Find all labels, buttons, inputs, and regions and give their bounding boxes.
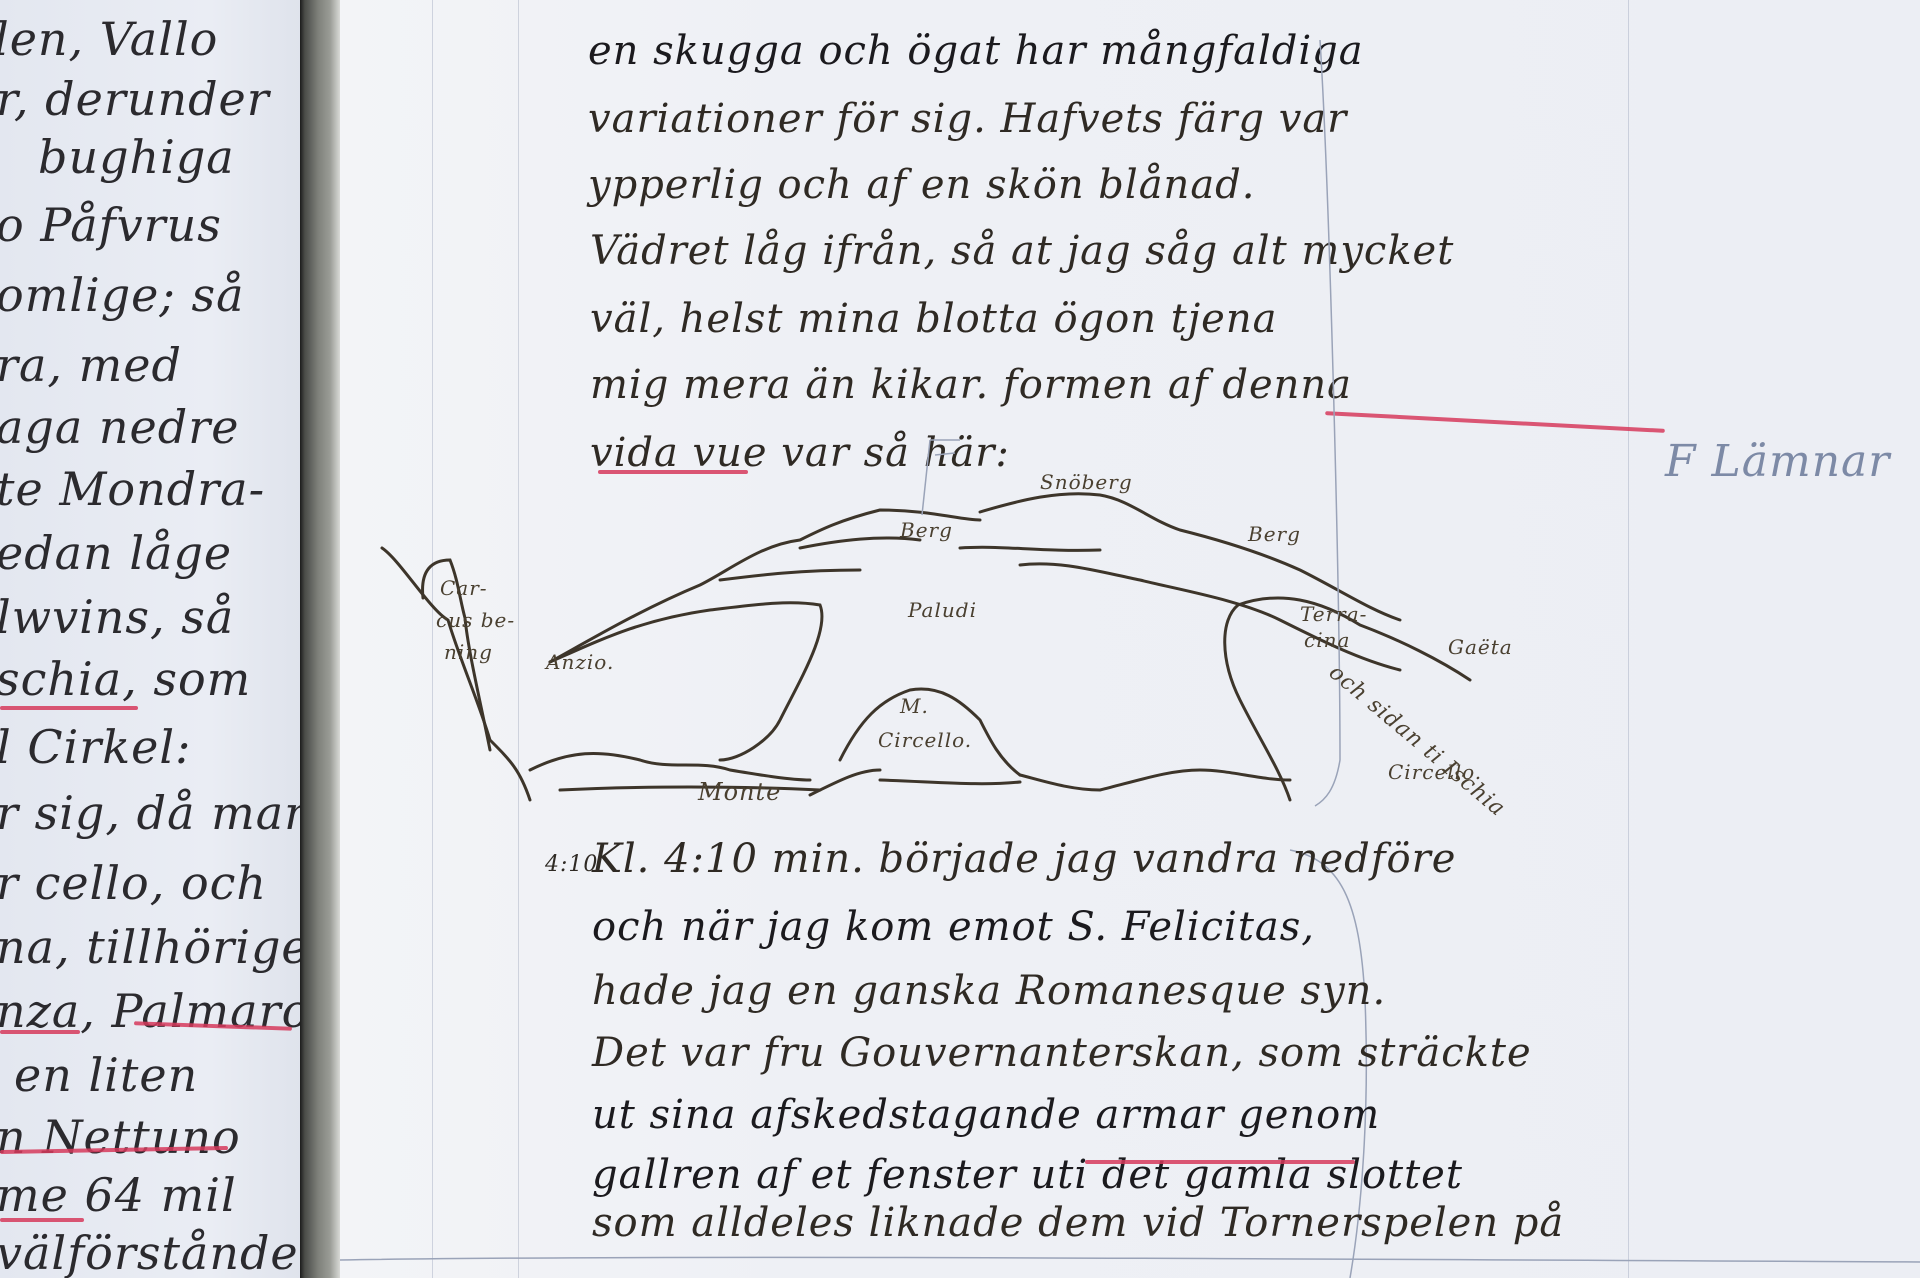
margin-time: 4:10 [545,852,598,877]
left-line: lwvins, så [0,590,234,644]
left-line: en liten [14,1048,198,1102]
sketch-label-berg-right: Berg [1248,522,1301,546]
left-line: ra, med [0,338,182,392]
sketch-label-m-circello: Circello. [878,728,972,752]
left-line: omlige; så [0,268,245,322]
left-page: len, Vallo r, derunder bughiga o Påfvrus… [0,0,300,1278]
left-line: n Nettuno [0,1110,241,1164]
left-line: te Mondra- [0,462,265,516]
text-line: och när jag kom emot S. Felicitas, [592,904,1315,950]
sketch-label-anzio: Anzio. [546,650,614,674]
left-line: len, Vallo [0,12,218,66]
left-line: r sig, då man [0,786,300,840]
left-line: r, derunder [0,72,270,126]
left-line: välförstånde [0,1226,299,1278]
text-line: gallren af et fenster uti det gamla slot… [592,1152,1463,1198]
text-line: hade jag en ganska Romanesque syn. [592,968,1386,1014]
text-line: som alldeles liknade dem vid Tornerspele… [592,1200,1564,1246]
underline [0,1030,80,1034]
landscape-sketch [340,0,1920,1278]
left-line: edan låge [0,526,232,580]
sketch-label-carcus: Car- [440,576,488,600]
sketch-label-terracina: Terra- [1300,602,1367,626]
left-line: na, tillhörige [0,920,300,974]
sketch-label-berg-left: Berg [900,518,953,542]
left-line: me 64 mil [0,1168,237,1222]
text-line: Det var fru Gouvernanterskan, som sträck… [592,1030,1532,1076]
sketch-label-snoberg: Snöberg [1040,470,1133,494]
left-line: bughiga [38,130,235,184]
left-line: l Cirkel: [0,720,192,774]
sketch-label-carcus: ning [444,640,493,664]
left-line: o Påfvrus [0,198,222,252]
sketch-label-carcus: cus be- [436,608,515,632]
left-line: r cello, och [0,856,267,910]
text-line: ut sina afskedstagande armar genom [592,1092,1380,1138]
right-page: en skugga och ögat har mångfaldiga varia… [340,0,1920,1278]
text-line: Kl. 4:10 min. började jag vandra nedföre [592,836,1456,882]
sketch-label-terracina: cina [1304,628,1350,652]
underline [1085,1160,1355,1164]
left-line: schia, som [0,652,251,706]
sketch-label-m-circello: M. [900,694,929,718]
left-line: aga nedre [0,400,239,454]
underline [0,706,138,710]
underline [0,1218,84,1222]
sketch-label-gaeta: Gaëta [1448,635,1513,659]
book-gutter [300,0,340,1278]
sketch-label-paludi: Paludi [908,598,977,622]
sketch-label-monte: Monte [698,778,781,806]
